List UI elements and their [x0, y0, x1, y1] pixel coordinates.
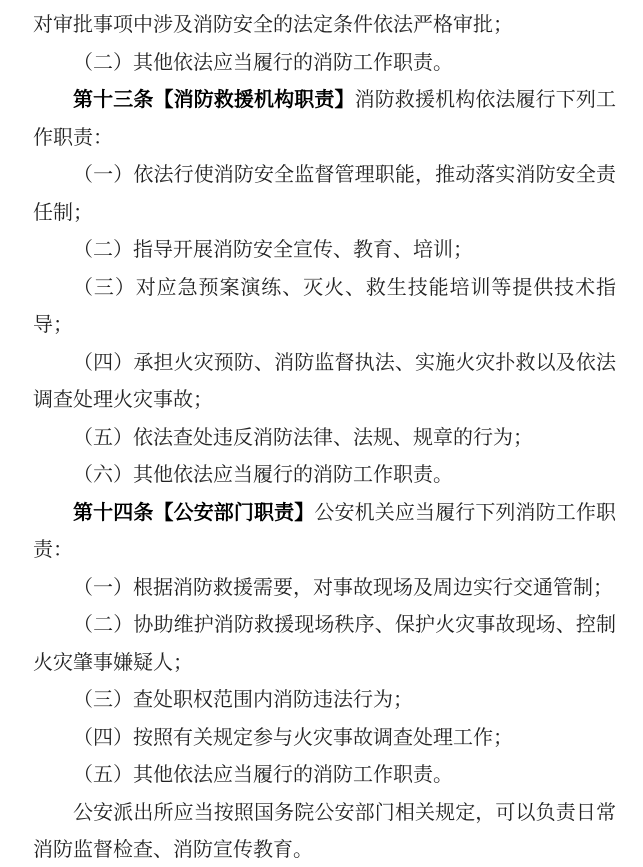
paragraph-text: （六）其他依法应当履行的消防工作职责。	[73, 464, 453, 486]
paragraph-text: （三）查处职权范围内消防违法行为；	[73, 689, 413, 711]
article-13-title-label: 第十三条【消防救援机构职责】	[73, 89, 355, 111]
clause-item: （二）协助维护消防救援现场秩序、保护火灾事故现场、控制火灾肇事嫌疑人；	[33, 607, 616, 682]
clause-item: （三）查处职权范围内消防违法行为；	[33, 682, 616, 720]
clause-item: （二）其他依法应当履行的消防工作职责。	[33, 45, 616, 83]
clause-item: （五）依法查处违反消防法律、法规、规章的行为；	[33, 420, 616, 458]
clause-item: （六）其他依法应当履行的消防工作职责。	[33, 457, 616, 495]
closing-paragraph: 公安派出所应当按照国务院公安部门相关规定，可以负责日常消防监督检查、消防宣传教育…	[33, 795, 616, 867]
paragraph-text: 公安派出所应当按照国务院公安部门相关规定，可以负责日常消防监督检查、消防宣传教育…	[33, 802, 616, 862]
clause-item: （四）按照有关规定参与火灾事故调查处理工作；	[33, 720, 616, 758]
document-page: 对审批事项中涉及消防安全的法定条件依法严格审批； （二）其他依法应当履行的消防工…	[0, 0, 643, 867]
clause-item: （一）根据消防救援需要，对事故现场及周边实行交通管制；	[33, 570, 616, 608]
paragraph-text: （三）对应急预案演练、灭火、救生技能培训等提供技术指导；	[33, 277, 616, 337]
paragraph-text: （四）承担火灾预防、消防监督执法、实施火灾扑救以及依法调查处理火灾事故；	[33, 352, 616, 412]
clause-item: （一）依法行使消防安全监督管理职能，推动落实消防安全责任制；	[33, 157, 616, 232]
paragraph-text: （一）依法行使消防安全监督管理职能，推动落实消防安全责任制；	[33, 164, 616, 224]
paragraph-text: （一）根据消防救援需要，对事故现场及周边实行交通管制；	[73, 577, 613, 599]
paragraph-continuation: 对审批事项中涉及消防安全的法定条件依法严格审批；	[33, 7, 616, 45]
paragraph-text: （五）依法查处违反消防法律、法规、规章的行为；	[73, 427, 533, 449]
clause-item: （二）指导开展消防安全宣传、教育、培训；	[33, 232, 616, 270]
article-14-title-label: 第十四条【公安部门职责】	[73, 502, 314, 524]
paragraph-text: （五）其他依法应当履行的消防工作职责。	[73, 764, 453, 786]
paragraph-text: （四）按照有关规定参与火灾事故调查处理工作；	[73, 727, 513, 749]
clause-item: （五）其他依法应当履行的消防工作职责。	[33, 757, 616, 795]
paragraph-text: 对审批事项中涉及消防安全的法定条件依法严格审批；	[33, 14, 513, 36]
paragraph-text: （二）协助维护消防救援现场秩序、保护火灾事故现场、控制火灾肇事嫌疑人；	[33, 614, 616, 674]
paragraph-text: （二）其他依法应当履行的消防工作职责。	[73, 52, 453, 74]
paragraph-text: （二）指导开展消防安全宣传、教育、培训；	[73, 239, 473, 261]
clause-item: （四）承担火灾预防、消防监督执法、实施火灾扑救以及依法调查处理火灾事故；	[33, 345, 616, 420]
article-heading-14: 第十四条【公安部门职责】公安机关应当履行下列消防工作职责：	[33, 495, 616, 570]
clause-item: （三）对应急预案演练、灭火、救生技能培训等提供技术指导；	[33, 270, 616, 345]
article-heading-13: 第十三条【消防救援机构职责】消防救援机构依法履行下列工作职责：	[33, 82, 616, 157]
